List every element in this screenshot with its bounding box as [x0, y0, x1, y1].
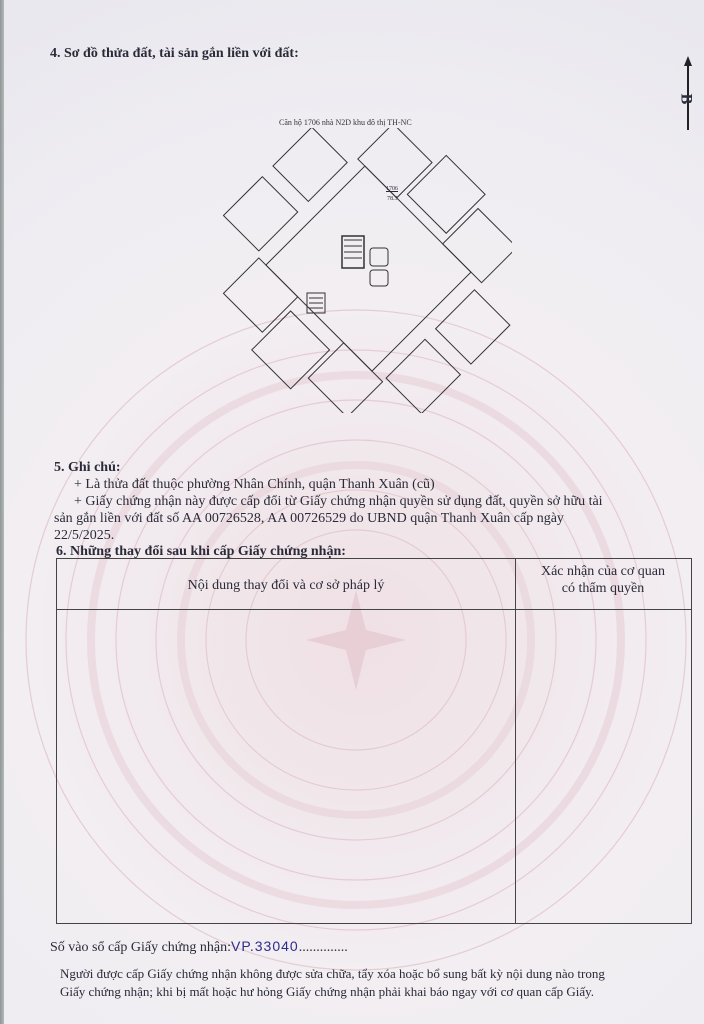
column-header-confirmation-line1: Xác nhận của cơ quan [515, 563, 691, 580]
section-5-title: 5. Ghi chú: [54, 460, 121, 476]
register-number-label: Số vào sổ cấp Giấy chứng nhận: [50, 940, 231, 955]
diagram-title: Căn hộ 1706 nhà N2D khu đô thị TH-NC [279, 118, 412, 127]
note-2: + Giấy chứng nhận này được cấp đổi từ Gi… [74, 493, 603, 510]
unit-number-label: 1706 [386, 186, 398, 192]
section-4-title: 4. Sơ đồ thửa đất, tài sản gắn liền với … [50, 46, 299, 62]
note-1: + Là thửa đất thuộc phường Nhân Chính, q… [74, 476, 435, 493]
column-header-confirmation: Xác nhận của cơ quan có thẩm quyền [515, 563, 691, 597]
table-column-divider [515, 559, 516, 923]
register-number-dots: .............. [299, 940, 348, 955]
floor-plan-diagram [222, 128, 512, 413]
warning-line-2: Giấy chứng nhận; khi bị mất hoặc hư hỏng… [60, 983, 594, 1000]
table-header-divider [57, 609, 691, 610]
warning-line-1: Người được cấp Giấy chứng nhận không đượ… [60, 965, 605, 982]
register-number-line: Số vào sổ cấp Giấy chứng nhận:VP.33040..… [50, 938, 348, 956]
certificate-page: 4. Sơ đồ thửa đất, tài sản gắn liền với … [4, 0, 704, 1024]
column-header-confirmation-line2: có thẩm quyền [515, 580, 691, 597]
north-arrow-label: B [676, 94, 694, 105]
changes-table: Nội dung thay đổi và cơ sở pháp lý Xác n… [56, 558, 692, 924]
unit-area-label: 78.3 [387, 196, 398, 202]
note-2-date: 22/5/2025. [54, 527, 114, 544]
register-number-value: VP.33040 [231, 938, 299, 954]
column-header-change-content: Nội dung thay đổi và cơ sở pháp lý [57, 577, 515, 594]
note-2-cont: sản gắn liền với đất số AA 00726528, AA … [54, 510, 564, 527]
